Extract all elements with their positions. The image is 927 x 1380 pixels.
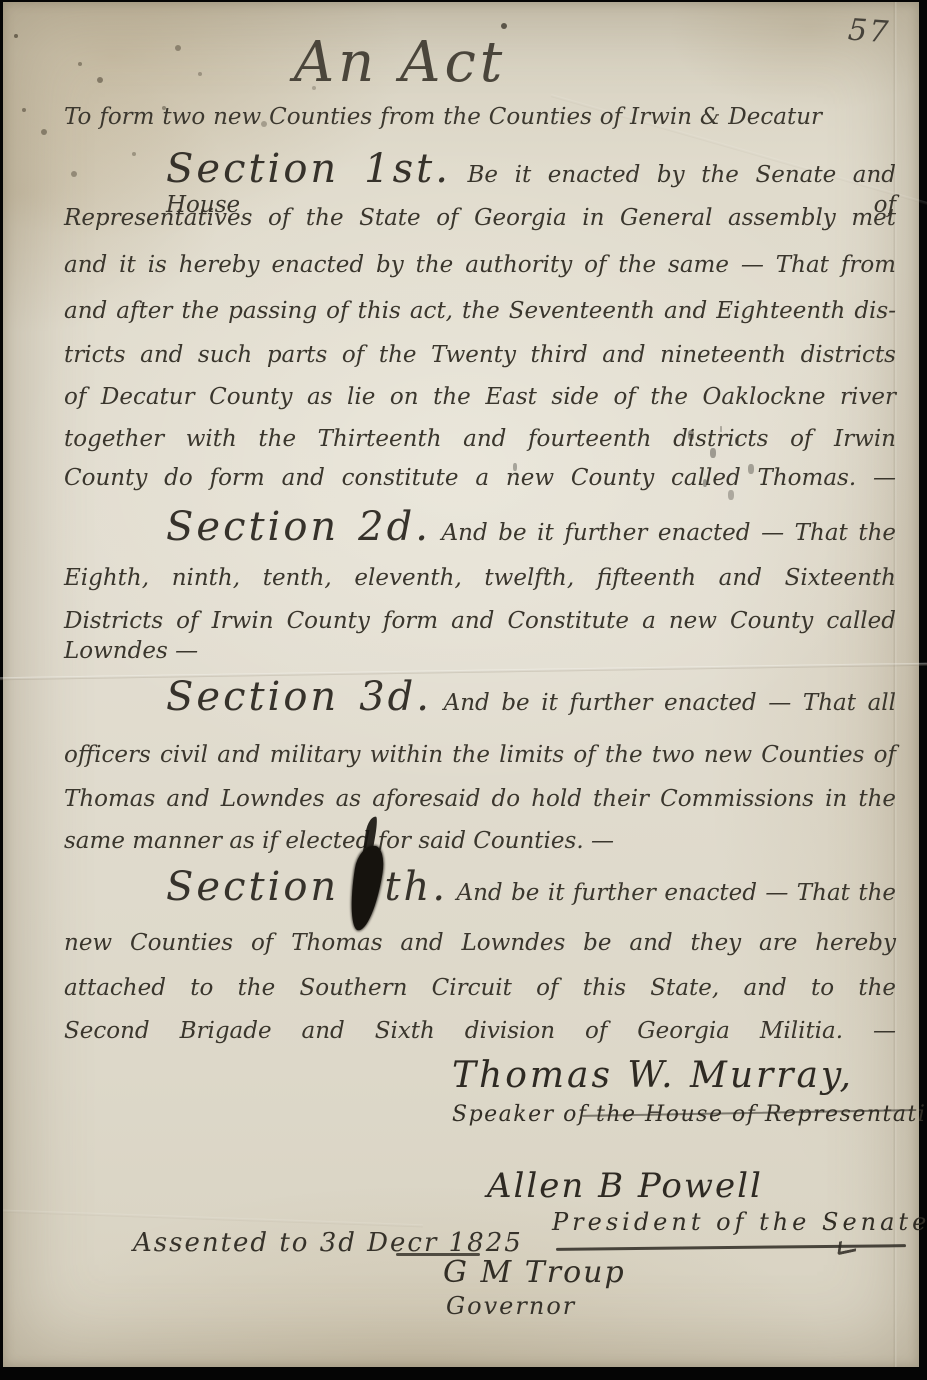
document-caption: To form two new Counties from the Counti… (64, 104, 822, 130)
manuscript-line: Districts of Irwin County form and Const… (64, 608, 896, 634)
manuscript-line: and it is hereby enacted by the authorit… (64, 252, 896, 278)
line-text: Districts of Irwin County form and Const… (64, 608, 896, 634)
manuscript-line: Section 3d. And be it further enacted — … (64, 674, 896, 720)
line-text: Second Brigade and Sixth division of Geo… (64, 1018, 896, 1044)
line-text: Eighth, ninth, tenth, eleventh, twelfth,… (64, 565, 896, 591)
signature-governor-title: Governor (446, 1292, 576, 1320)
section-heading: Section 2d. (166, 504, 431, 550)
line-text: officers civil and military within the l… (64, 742, 896, 768)
scanned-manuscript-page: { "page_number": "57", "colors": { "ink"… (0, 0, 927, 1380)
manuscript-line: new Counties of Thomas and Lowndes be an… (64, 930, 896, 956)
manuscript-line: of Decatur County as lie on the East sid… (64, 384, 896, 410)
foxing-stains (14, 34, 18, 38)
manuscript-line: Representatives of the State of Georgia … (64, 205, 896, 231)
signature-governor-name: G M Troup (443, 1255, 626, 1290)
section-heading: Section 3d. (166, 674, 432, 720)
manuscript-line: Second Brigade and Sixth division of Geo… (64, 1018, 896, 1044)
signature-president-name: Allen B Powell (487, 1166, 763, 1206)
line-text: County do form and constitute a new Coun… (64, 465, 896, 491)
manuscript-line: County do form and constitute a new Coun… (64, 465, 896, 491)
section-heading: Section 1st. (166, 146, 451, 192)
manuscript-line: Section 2d. And be it further enacted — … (64, 504, 896, 550)
paper-crease (3, 1210, 423, 1228)
signature-president-title: President of the Senate (552, 1208, 927, 1236)
line-text: And be it further enacted — That all (444, 690, 896, 716)
line-text: And be it further enacted — That the (457, 880, 897, 906)
manuscript-line: tricts and such parts of the Twenty thir… (64, 342, 896, 368)
document-title: An Act (250, 30, 550, 95)
line-text: Representatives of the State of Georgia … (64, 205, 896, 231)
manuscript-line: and after the passing of this act, the S… (64, 298, 896, 324)
manuscript-line: Lowndes — (64, 638, 896, 664)
manuscript-line: Thomas and Lowndes as aforesaid do hold … (64, 786, 896, 812)
signature-speaker-name: Thomas W. Murray, (452, 1055, 854, 1096)
manuscript-line: Section 4th. And be it further enacted —… (64, 864, 896, 910)
section-heading: Section 4th. (166, 864, 448, 910)
line-text: Thomas and Lowndes as aforesaid do hold … (64, 786, 896, 812)
page-number: 57 (847, 13, 892, 51)
manuscript-line: attached to the Southern Circuit of this… (64, 975, 896, 1001)
line-text: and it is hereby enacted by the authorit… (64, 252, 896, 278)
manuscript-line: officers civil and military within the l… (64, 742, 896, 768)
line-text: And be it further enacted — That the (442, 520, 896, 546)
manuscript-line: Eighth, ninth, tenth, eleventh, twelfth,… (64, 565, 896, 591)
manuscript-line: together with the Thirteenth and fourtee… (64, 426, 896, 452)
line-text: Lowndes — (64, 638, 198, 664)
line-text: same manner as if elected for said Count… (64, 828, 614, 854)
line-text: new Counties of Thomas and Lowndes be an… (64, 930, 896, 956)
line-text: together with the Thirteenth and fourtee… (64, 426, 896, 452)
line-text: of Decatur County as lie on the East sid… (64, 384, 896, 410)
assent-line: Assented to 3d Decr 1825 (133, 1228, 523, 1258)
manuscript-line: same manner as if elected for said Count… (64, 828, 896, 854)
line-text: tricts and such parts of the Twenty thir… (64, 342, 896, 368)
line-text: attached to the Southern Circuit of this… (64, 975, 896, 1001)
line-text: and after the passing of this act, the S… (64, 298, 896, 324)
